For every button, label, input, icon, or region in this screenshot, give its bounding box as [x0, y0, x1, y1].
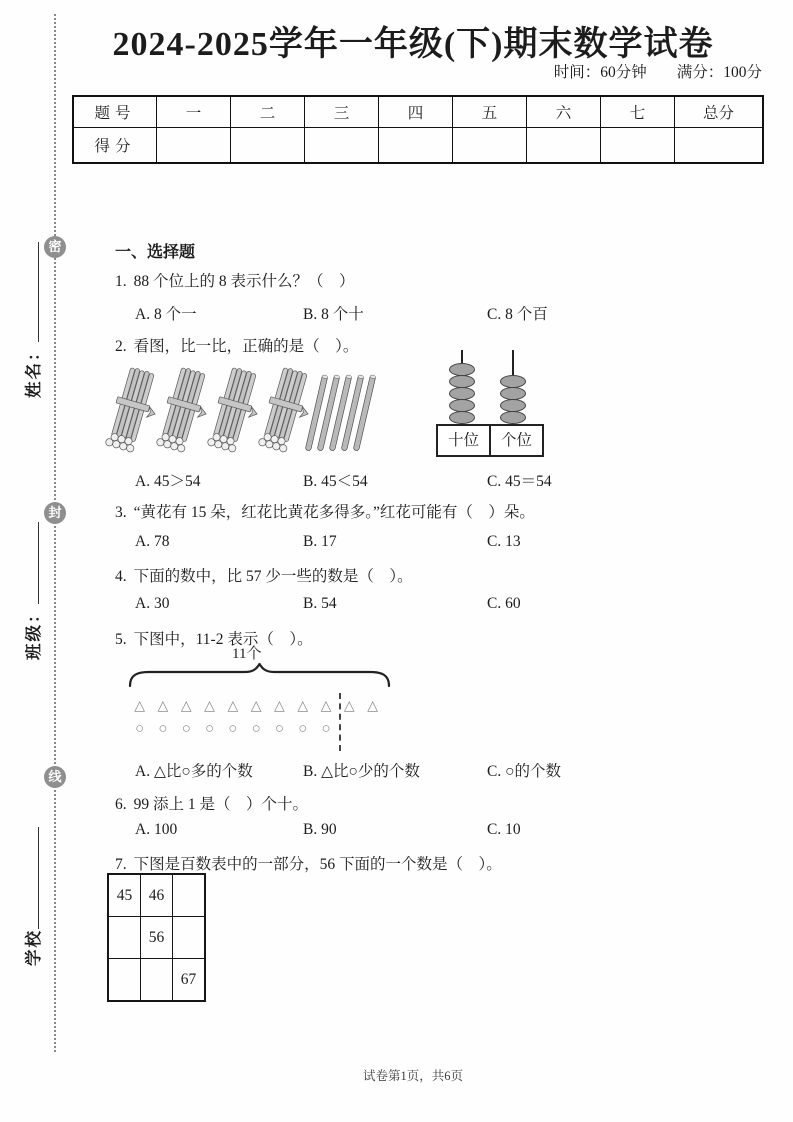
- option-a: A. 8 个一: [135, 302, 197, 324]
- score-cell: [601, 128, 675, 164]
- section-title: 一、选择题: [115, 239, 195, 262]
- brace-count-label: 11个: [232, 642, 261, 663]
- option-b: B. △比○少的个数: [303, 759, 420, 781]
- triangle-shape: △: [198, 698, 221, 715]
- question-4-number: 4.: [115, 568, 127, 585]
- option-c: C. 60: [487, 595, 521, 613]
- score-table-corner: 题号: [73, 96, 157, 128]
- grid-row: 67: [108, 959, 205, 1002]
- question-4-options: A. 30 B. 54 C. 60: [0, 595, 793, 617]
- option-b: B. 17: [303, 533, 337, 551]
- question-2: 2.看图，比一比，正确的是（ ）。: [115, 334, 358, 356]
- question-3-options: A. 78 B. 17 C. 13: [0, 533, 793, 555]
- full-score: 满分：100分: [677, 60, 762, 82]
- option-b: B. 8 个十: [303, 302, 364, 324]
- circle-shape: ○: [268, 721, 291, 738]
- grid-row: 56: [108, 917, 205, 959]
- circle-shape: ○: [291, 721, 314, 738]
- option-c: C. 13: [487, 533, 521, 551]
- grid-cell: [108, 959, 141, 1002]
- question-3-text: “黄花有 15 朵，红花比黄花多得多。”红花可能有（ ）朵。: [134, 504, 535, 521]
- place-value-abacus: 十位 个位: [436, 350, 542, 455]
- abacus-bead: [449, 411, 475, 424]
- question-2-text: 看图，比一比，正确的是（ ）。: [134, 338, 359, 355]
- option-c: C. ○的个数: [487, 759, 561, 781]
- score-table-header-row: 题号 一 二 三 四 五 六 七 总分: [73, 96, 763, 128]
- score-table-col-2: 二: [231, 96, 305, 128]
- student-school-field: 学校: [20, 827, 44, 966]
- grid-cell: 46: [141, 874, 173, 917]
- page-footer: 试卷第1页，共6页: [60, 1066, 766, 1084]
- score-cell: [157, 128, 231, 164]
- time-limit: 时间：60分钟: [554, 60, 647, 82]
- question-1-options: A. 8 个一 B. 8 个十 C. 8 个百: [0, 302, 793, 324]
- triangle-shape: △: [291, 698, 314, 715]
- stick-bundle-icon: [159, 360, 206, 462]
- option-a: A. 100: [135, 821, 177, 839]
- score-table-col-7: 七: [601, 96, 675, 128]
- triangle-shape: △: [314, 698, 337, 715]
- score-table-col-3: 三: [305, 96, 379, 128]
- triangle-row: △△△△△△△△△△△: [128, 698, 384, 715]
- score-table: 题号 一 二 三 四 五 六 七 总分 得分: [72, 95, 764, 164]
- question-5-options: A. △比○多的个数 B. △比○少的个数 C. ○的个数: [0, 759, 793, 781]
- stick-bundle-icon: [261, 360, 308, 462]
- place-value-labels: 十位 个位: [436, 424, 544, 457]
- question-2-options: A. 45＞54 B. 45＜54 C. 45＝54: [0, 469, 793, 491]
- dashed-divider-line: [339, 693, 341, 751]
- question-5-text: 下图中，11-2 表示（ ）。: [134, 631, 313, 648]
- stick-bundles-figure: [108, 360, 308, 462]
- triangle-shape: △: [268, 698, 291, 715]
- score-cell: [379, 128, 453, 164]
- option-c: C. 8 个百: [487, 302, 548, 324]
- grid-cell: [108, 917, 141, 959]
- hundred-chart-fragment: 45 46 56 67: [107, 873, 206, 1002]
- option-a: A. 30: [135, 595, 169, 613]
- circle-shape: ○: [151, 721, 174, 738]
- option-b: B. 45＜54: [303, 469, 368, 491]
- question-6-text: 99 添上 1 是（ ）个十。: [134, 796, 308, 813]
- triangle-shape: △: [361, 698, 384, 715]
- score-table-total-header: 总分: [675, 96, 764, 128]
- single-stick-icon: [359, 366, 370, 460]
- grid-cell: 56: [141, 917, 173, 959]
- question-5: 5.下图中，11-2 表示（ ）。: [115, 627, 313, 649]
- question-3-number: 3.: [115, 504, 127, 521]
- score-table-col-1: 一: [157, 96, 231, 128]
- tens-place-label: 十位: [436, 424, 491, 457]
- grid-cell: 45: [108, 874, 141, 917]
- question-1: 1.88 个位上的 8 表示什么？（ ）: [115, 269, 355, 291]
- triangle-shape: △: [221, 698, 244, 715]
- circle-shape: ○: [128, 721, 151, 738]
- stick-bundle-icon: [210, 360, 257, 462]
- circle-shape: ○: [314, 721, 337, 738]
- tens-beads: [449, 350, 475, 424]
- question-6: 6.99 添上 1 是（ ）个十。: [115, 792, 308, 814]
- circle-shape: ○: [175, 721, 198, 738]
- ones-beads: [500, 350, 526, 424]
- question-7-number: 7.: [115, 856, 127, 873]
- score-table-col-6: 六: [527, 96, 601, 128]
- circle-shape: ○: [244, 721, 267, 738]
- option-b: B. 54: [303, 595, 337, 613]
- score-cell: [231, 128, 305, 164]
- question-5-number: 5.: [115, 631, 127, 648]
- abacus-bead: [500, 411, 526, 424]
- question-7: 7.下图是百数表中的一部分，56 下面的一个数是（ ）。: [115, 852, 502, 874]
- circle-shape: ○: [221, 721, 244, 738]
- seal-badge-mi: 密: [44, 236, 66, 258]
- score-table-col-5: 五: [453, 96, 527, 128]
- school-label: 学校: [20, 929, 44, 966]
- grid-cell: 67: [173, 959, 206, 1002]
- ones-place-label: 个位: [489, 424, 544, 457]
- score-cell: [453, 128, 527, 164]
- name-blank-line: [22, 243, 40, 343]
- option-c: C. 10: [487, 821, 521, 839]
- exam-meta: 时间：60分钟 满分：100分: [380, 60, 762, 82]
- name-label: 姓名：: [20, 343, 44, 399]
- question-1-number: 1.: [115, 273, 127, 290]
- triangle-shape: △: [151, 698, 174, 715]
- triangle-shape: △: [128, 698, 151, 715]
- question-1-text: 88 个位上的 8 表示什么？（ ）: [134, 273, 355, 290]
- question-6-number: 6.: [115, 796, 127, 813]
- circle-row: ○○○○○○○○○: [128, 721, 338, 738]
- option-b: B. 90: [303, 821, 337, 839]
- curly-brace-icon: [127, 663, 392, 687]
- score-cell-total: [675, 128, 764, 164]
- question-4: 4.下面的数中，比 57 少一些的数是（ ）。: [115, 564, 413, 586]
- question-3: 3.“黄花有 15 朵，红花比黄花多得多。”红花可能有（ ）朵。: [115, 500, 535, 522]
- seal-badge-feng: 封: [44, 502, 66, 524]
- triangle-shape: △: [175, 698, 198, 715]
- grid-cell: [141, 959, 173, 1002]
- stick-bundle-icon: [108, 360, 155, 462]
- score-cell: [527, 128, 601, 164]
- question-6-options: A. 100 B. 90 C. 10: [0, 821, 793, 843]
- option-a: A. 45＞54: [135, 469, 200, 491]
- triangle-shape: △: [244, 698, 267, 715]
- loose-sticks-figure: [311, 366, 370, 460]
- question-4-text: 下面的数中，比 57 少一些的数是（ ）。: [134, 568, 413, 585]
- score-cell: [305, 128, 379, 164]
- grid-row: 45 46: [108, 874, 205, 917]
- circle-shape: ○: [198, 721, 221, 738]
- score-table-col-4: 四: [379, 96, 453, 128]
- triangle-shape: △: [338, 698, 361, 715]
- grid-cell: [173, 917, 206, 959]
- option-c: C. 45＝54: [487, 469, 552, 491]
- option-a: A. △比○多的个数: [135, 759, 253, 781]
- option-a: A. 78: [135, 533, 169, 551]
- exam-page: 密 封 线 姓名： 班级： 学校 2024-2025学年一年级(下)期末数学试卷…: [0, 0, 793, 1122]
- question-7-text: 下图是百数表中的一部分，56 下面的一个数是（ ）。: [134, 856, 502, 873]
- score-table-score-row: 得分: [73, 128, 763, 164]
- grid-cell: [173, 874, 206, 917]
- score-label-cell: 得分: [73, 128, 157, 164]
- question-2-number: 2.: [115, 338, 127, 355]
- exam-title: 2024-2025学年一年级(下)期末数学试卷: [60, 16, 766, 65]
